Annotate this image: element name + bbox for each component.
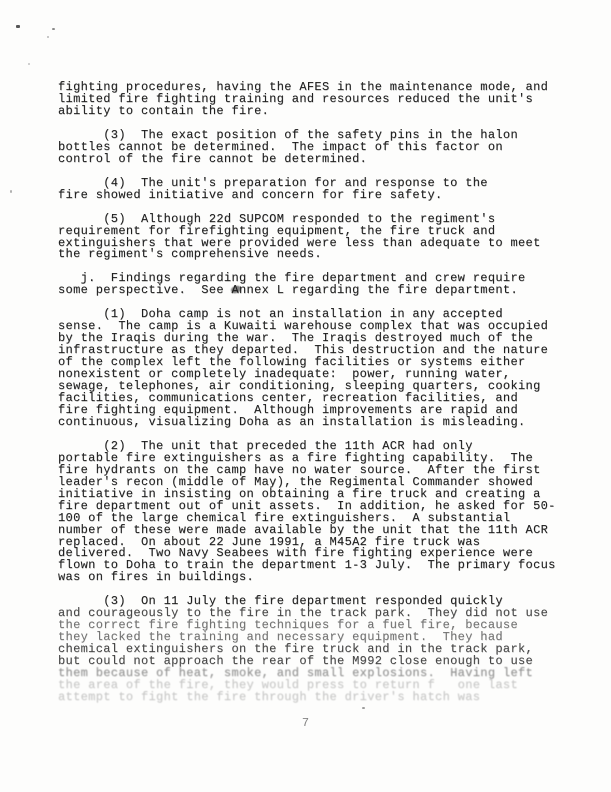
scan-speck [47,36,49,38]
scan-speck [28,63,30,65]
scanned-document-page: fighting procedures, having the AFES in … [0,0,611,792]
document-text-block: fighting procedures, having the AFES in … [58,82,598,716]
text-line: attempt to fight the fire through the dr… [58,692,598,704]
paragraph-j-findings: j. Findings regarding the fire departmen… [58,273,598,297]
text-line: was on fires in buildings. [58,572,598,584]
text-line: the regiment's comprehensive needs. [58,249,598,261]
paragraph-i5-supcom: (5) Although 22d SUPCOM responded to the… [58,214,598,262]
scan-speck [10,190,12,193]
text-line: fire showed initiative and concern for f… [58,190,598,202]
paragraph-j2-preceding-unit: (2) The unit that preceded the 11th ACR … [58,441,598,584]
scan-speck [52,28,55,30]
scan-speck [16,25,20,28]
text-line: some perspective. See Annex L regarding … [58,285,598,297]
text-line: control of the fire cannot be determined… [58,154,598,166]
text-line: continuous, visualizing Doha as an insta… [58,417,598,429]
paragraph-continuation: fighting procedures, having the AFES in … [58,82,598,118]
paragraph-j1-doha-camp: (1) Doha camp is not an installation in … [58,309,598,429]
paragraph-j3-fire-response: (3) On 11 July the fire department respo… [58,596,598,704]
text-line: ability to contain the fire. [58,106,598,118]
paragraph-i3-safety-pins: (3) The exact position of the safety pin… [58,130,598,166]
paragraph-i4-preparation: (4) The unit's preparation for and respo… [58,178,598,202]
page-number: 7 [0,716,611,730]
